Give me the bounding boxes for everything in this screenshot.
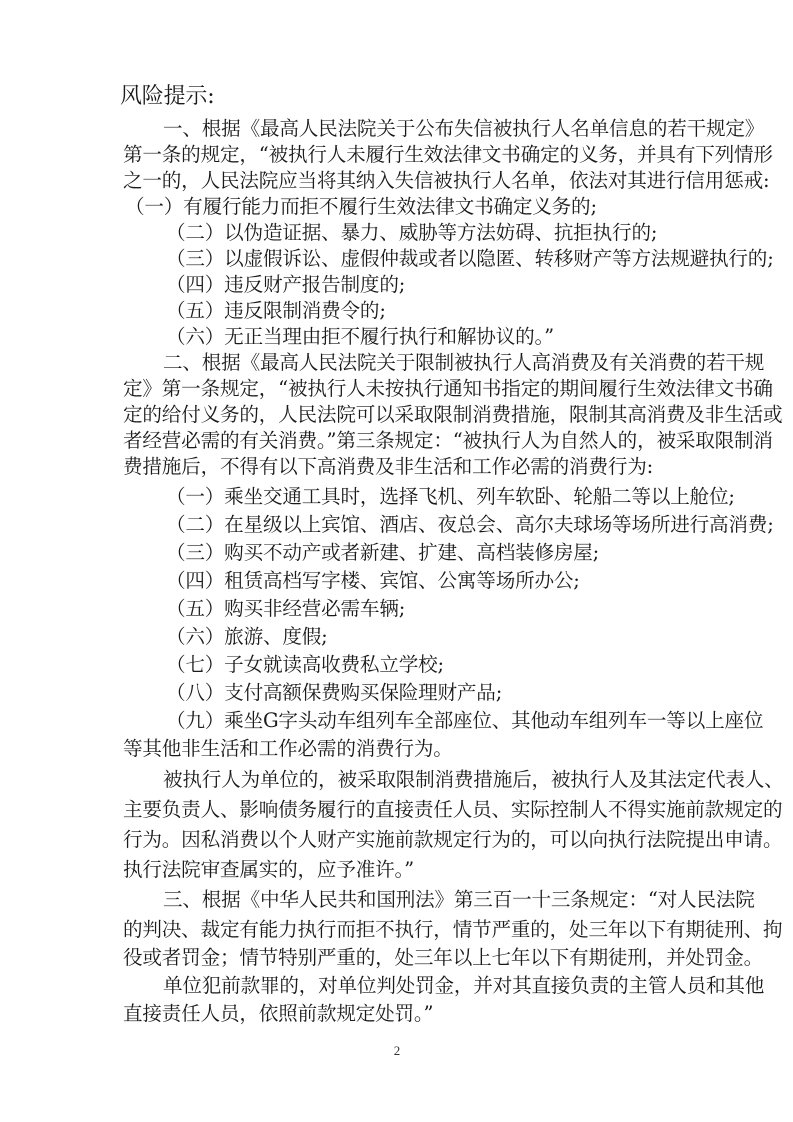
paragraph-2-line-2: 定》第一条规定，“被执行人未按执行通知书指定的期间履行生效法律文书确	[123, 376, 675, 402]
list-item-1-5: （五）违反限制消费令的;	[166, 298, 718, 324]
list-item-2-5: （五）购买非经营必需车辆;	[166, 596, 718, 622]
list-item-2-1: （一）乘坐交通工具时，选择飞机、列车软卧、轮船二等以上舱位;	[166, 484, 718, 510]
paragraph-3-line-3: 行为。因私消费以个人财产实施前款规定行为的，可以向执行法院提出申请。	[123, 827, 675, 853]
list-item-2-9: （九）乘坐G字头动车组列车全部座位、其他动车组列车一等以上座位	[166, 708, 718, 734]
paragraph-1-line-3: 之一的，人民法院应当将其纳入失信被执行人名单，依法对其进行信用惩戒:	[123, 168, 675, 194]
list-item-2-6: （六）旅游、度假;	[166, 624, 718, 650]
list-item-1-4: （四）违反财产报告制度的;	[166, 272, 718, 298]
paragraph-4-line-1: 三、根据《中华人民共和国刑法》第三百一十三条规定：“对人民法院	[163, 887, 675, 913]
page-number: 2	[390, 1043, 404, 1059]
list-item-2-8: （八）支付高额保费购买保险理财产品;	[166, 680, 718, 706]
paragraph-1-line-2: 第一条的规定，“被执行人未履行生效法律文书确定的义务，并具有下列情形	[123, 142, 675, 168]
paragraph-3-line-1: 被执行人为单位的，被采取限制消费措施后，被执行人及其法定代表人、	[163, 767, 675, 793]
paragraph-2-line-3: 定的给付义务的，人民法院可以采取限制消费措施，限制其高消费及非生活或	[123, 402, 675, 428]
list-item-2-3: （三）购买不动产或者新建、扩建、高档装修房屋;	[166, 540, 718, 566]
list-item-1-6: （六）无正当理由拒不履行执行和解协议的。”	[166, 324, 718, 350]
paragraph-2-line-4: 者经营必需的有关消费。”第三条规定：“被执行人为自然人的，被采取限制消	[123, 428, 675, 454]
list-item-2-2: （二）在星级以上宾馆、酒店、夜总会、高尔夫球场等场所进行高消费;	[166, 512, 718, 538]
page-title: 风险提示:	[120, 84, 672, 110]
paragraph-4-line-3: 役或者罚金；情节特别严重的，处三年以上七年以下有期徒刑，并处罚金。	[123, 945, 675, 971]
paragraph-2-line-1: 二、根据《最高人民法院关于限制被执行人高消费及有关消费的若干规	[163, 350, 675, 376]
paragraph-3-line-4: 执行法院审查属实的，应予准许。”	[123, 857, 675, 883]
list-item-1-3: （三）以虚假诉讼、虚假仲裁或者以隐匿、转移财产等方法规避执行的;	[166, 246, 718, 272]
list-item-2-4: （四）租赁高档写字楼、宾馆、公寓等场所办公;	[166, 568, 718, 594]
paragraph-4-line-2: 的判决、裁定有能力执行而拒不执行，情节严重的，处三年以下有期徒刑、拘	[123, 917, 675, 943]
paragraph-5-line-1: 单位犯前款罪的，对单位判处罚金，并对其直接负责的主管人员和其他	[163, 973, 675, 999]
list-item-2-9-cont: 等其他非生活和工作必需的消费行为。	[123, 736, 675, 762]
paragraph-1-line-1: 一、根据《最高人民法院关于公布失信被执行人名单信息的若干规定》	[163, 116, 675, 142]
list-item-1-1: （一）有履行能力而拒不履行生效法律文书确定义务的;	[125, 194, 677, 220]
paragraph-2-line-5: 费措施后，不得有以下高消费及非生活和工作必需的消费行为:	[123, 454, 675, 480]
document-page: 风险提示: 一、根据《最高人民法院关于公布失信被执行人名单信息的若干规定》 第一…	[0, 0, 793, 1122]
paragraph-5-line-2: 直接责任人员，依照前款规定处罚。”	[123, 1001, 675, 1027]
list-item-1-2: （二）以伪造证据、暴力、威胁等方法妨碍、抗拒执行的;	[166, 220, 718, 246]
paragraph-3-line-2: 主要负责人、影响债务履行的直接责任人员、实际控制人不得实施前款规定的	[123, 797, 675, 823]
list-item-2-7: （七）子女就读高收费私立学校;	[166, 652, 718, 678]
